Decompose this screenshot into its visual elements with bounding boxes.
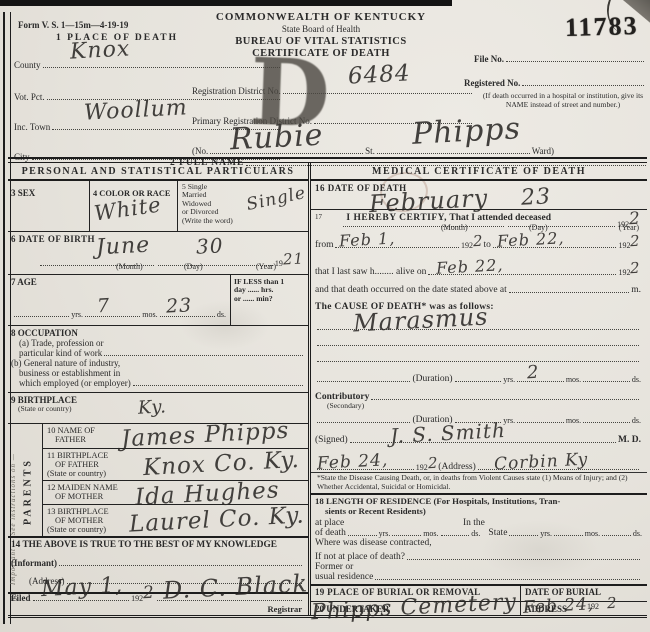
cause-line-2 bbox=[315, 344, 641, 348]
burial-place-cell: 19 PLACE OF BURIAL OR REMOVAL Phipps Cem… bbox=[311, 586, 521, 601]
registration-district-handwritten: 6484 bbox=[347, 60, 411, 89]
age-mos-label: mos. bbox=[142, 310, 157, 319]
usual-residence-row: usual residence bbox=[315, 572, 642, 582]
dob-month-caption: (Month) bbox=[116, 262, 143, 271]
age-cell: 7 AGE yrs. 7 mos. 23 ds. bbox=[8, 275, 231, 325]
last-saw-year-handwritten: 2 bbox=[630, 259, 641, 278]
father-bp-label-3: (State or country) bbox=[47, 469, 142, 478]
mother-bp-handwritten: Laurel Co. Ky. bbox=[128, 502, 305, 537]
signed-year-printed: 192 bbox=[416, 463, 428, 472]
death-occurred-label: and that death occurred on the date stat… bbox=[315, 285, 507, 295]
birthplace-handwritten: Ky. bbox=[137, 396, 167, 418]
signed-date-row: Feb 24, 192 2 (Address) Corbin Ky bbox=[315, 454, 641, 472]
rd2 bbox=[392, 534, 421, 536]
duration-mos-dots: 2 bbox=[517, 380, 564, 382]
rd-yrs-1: yrs. bbox=[379, 529, 391, 538]
form-header: Form V. S. 1—15m—4-19-19 1 PLACE OF DEAT… bbox=[12, 12, 646, 162]
dod-day-line bbox=[508, 225, 615, 227]
physician-signature-handwritten: J. S. Smith bbox=[389, 418, 506, 448]
cause-dots-2 bbox=[317, 344, 639, 346]
usual-residence-label: usual residence bbox=[315, 572, 373, 582]
death-certificate-scan: Important — See instructions on — Form V… bbox=[0, 0, 650, 632]
burial-date-cell: DATE OF BURIAL Feb 24, 192 2 bbox=[521, 586, 647, 601]
registrar-label: Registrar bbox=[268, 604, 302, 614]
age-yrs-label: yrs. bbox=[71, 310, 83, 319]
occupation-b-line bbox=[133, 384, 303, 386]
signed-line: J. S. Smith bbox=[350, 441, 616, 443]
father-name-row: 10 NAME OF FATHER James Phipps bbox=[43, 424, 308, 449]
parents-side-strip: PARENTS bbox=[8, 424, 43, 536]
age-ds-handwritten: 23 bbox=[165, 294, 192, 317]
commonwealth-title: COMMONWEALTH OF KENTUCKY bbox=[190, 12, 452, 23]
county-handwritten: Knox bbox=[69, 36, 130, 64]
last-saw-row: that I last saw h........ alive on Feb 2… bbox=[315, 259, 641, 277]
cd-ds-dots bbox=[583, 421, 630, 423]
occupation-a2-row: particular kind of work bbox=[11, 348, 305, 358]
death-occurred-row: and that death occurred on the date stat… bbox=[315, 285, 641, 295]
father-bp-label-2: OF FATHER bbox=[47, 460, 150, 469]
residence-header-2: sients or Recent Residents) bbox=[315, 506, 642, 516]
last-saw-handwritten: Feb 22, bbox=[436, 255, 504, 278]
rd-yrs-2: yrs. bbox=[540, 529, 552, 538]
to-label: to bbox=[484, 240, 491, 250]
parents-rows: 10 NAME OF FATHER James Phipps 11 BIRTHP… bbox=[43, 424, 308, 536]
duration-ds-dots bbox=[583, 380, 630, 382]
form-code: Form V. S. 1—15m—4-19-19 bbox=[18, 20, 128, 30]
dob-year-caption: (Year) bbox=[256, 262, 276, 271]
father-birthplace-row: 11 BIRTHPLACE OF FATHER (State or countr… bbox=[43, 449, 308, 481]
of-death-label: of death bbox=[315, 528, 346, 538]
registrar-signature-line: D. C. Black bbox=[157, 599, 302, 601]
registered-no-row: Registered No. bbox=[464, 78, 646, 88]
registration-district-row: Registration District No. bbox=[192, 86, 474, 96]
dob-day-caption: (Day) bbox=[184, 262, 203, 271]
dob-year-printed: 19 bbox=[275, 259, 283, 268]
mother-bp-label-3: (State or country) bbox=[47, 525, 142, 534]
if-less-cell: IF LESS than 1 day ...... hrs. or ......… bbox=[231, 275, 308, 325]
occupation-b3-row: which employed (or employer) bbox=[11, 378, 305, 388]
date-of-birth-row: 6 DATE OF BIRTH 19 21 June 30 (Month) (D… bbox=[8, 232, 308, 275]
residence-header-1: 18 LENGTH OF RESIDENCE (For Hospitals, I… bbox=[315, 496, 642, 506]
signed-address-line: Corbin Ky bbox=[478, 468, 639, 470]
hospital-note: (If death occurred in a hospital or inst… bbox=[474, 92, 650, 109]
signed-address-handwritten: Corbin Ky bbox=[493, 450, 588, 475]
county-label: County bbox=[14, 60, 41, 70]
age-label: 7 AGE bbox=[8, 275, 230, 287]
age-mos-line: 7 bbox=[85, 315, 140, 317]
signed-address-label: (Address) bbox=[438, 462, 475, 472]
rd-mos-2: mos. bbox=[585, 529, 600, 538]
county-row: County bbox=[14, 60, 282, 70]
mother-name-label-1: 12 MAIDEN NAME bbox=[47, 483, 142, 492]
registered-no-label: Registered No. bbox=[464, 78, 520, 88]
occupation-label: 8 OCCUPATION bbox=[11, 328, 305, 338]
duration-yrs-dots bbox=[455, 380, 502, 382]
medical-column: MEDICAL CERTIFICATE OF DEATH 16 DATE OF … bbox=[311, 163, 647, 615]
to-year-handwritten: 2 bbox=[630, 232, 641, 251]
dod-month-caption: (Month) bbox=[441, 223, 468, 232]
occupation-a1: (a) Trade, profession or bbox=[11, 338, 305, 348]
file-no-row: File No. bbox=[474, 54, 646, 64]
attended-from-row: from Feb 1, 192 2 to Feb 22, 192 2 bbox=[315, 232, 641, 250]
signed-date-line: Feb 24, bbox=[317, 468, 414, 470]
dob-year-handwritten: 21 bbox=[282, 249, 304, 268]
marital-cell: 5 Single Married Widowed or Divorced (Wr… bbox=[178, 181, 308, 231]
medical-section-header: MEDICAL CERTIFICATE OF DEATH bbox=[311, 163, 647, 181]
if-not-row: If not at place of death? bbox=[315, 552, 642, 562]
signed-date-handwritten: Feb 24, bbox=[317, 450, 389, 474]
duration-lead-dots bbox=[317, 380, 410, 382]
certificate-serial-number: 11783 bbox=[565, 11, 639, 43]
color-race-cell: 4 COLOR OR RACE White bbox=[90, 181, 178, 231]
full-name-last-handwritten: Phipps bbox=[411, 111, 522, 152]
cause-footnote: *State the Disease Causing Death, or, in… bbox=[311, 472, 647, 495]
duration-mos-handwritten: 2 bbox=[527, 362, 541, 384]
age-ds-line: 23 bbox=[160, 315, 215, 317]
cd-mos-dots bbox=[517, 421, 564, 423]
cause-dots-3 bbox=[317, 360, 639, 362]
from-line: Feb 1, bbox=[335, 246, 459, 248]
inc-town-label: Inc. Town bbox=[14, 122, 50, 132]
duration-row: (Duration) yrs. 2 mos. ds. bbox=[315, 374, 641, 384]
signed-year-handwritten: 2 bbox=[427, 454, 438, 473]
st-label: St. bbox=[365, 146, 375, 156]
mother-name-row: 12 MAIDEN NAME OF MOTHER Ida Hughes bbox=[43, 481, 308, 506]
filed-year-printed: 192 bbox=[131, 594, 143, 603]
dob-day-handwritten: 30 bbox=[195, 233, 224, 258]
dod-day-handwritten: 23 bbox=[520, 184, 551, 211]
contracted-label: Where was disease contracted, bbox=[315, 538, 642, 548]
registered-no-line bbox=[522, 84, 644, 86]
death-occurred-line bbox=[509, 291, 629, 293]
usual-residence-line bbox=[375, 578, 640, 580]
filed-date-handwritten: May 1, bbox=[40, 573, 123, 602]
if-less-line-3: or ...... min? bbox=[234, 295, 306, 303]
age-ds-label: ds. bbox=[217, 310, 226, 319]
rd4 bbox=[509, 534, 538, 536]
residence-values-row: of death yrs. mos. ds. State yrs. mos. d… bbox=[315, 528, 642, 538]
no-label: (No. bbox=[192, 146, 208, 156]
age-row: 7 AGE yrs. 7 mos. 23 ds. IF LESS than 1 … bbox=[8, 275, 308, 326]
marital-line-5: (Write the word) bbox=[182, 217, 308, 225]
from-year-printed: 192 bbox=[461, 241, 473, 250]
ward-label: Ward) bbox=[532, 146, 554, 156]
filed-row: 15 Filed May 1, 192 2 D. C. Black Regist… bbox=[8, 594, 308, 615]
state-label: State bbox=[480, 528, 507, 538]
rd5 bbox=[554, 534, 583, 536]
file-no-label: File No. bbox=[474, 54, 504, 64]
informant-label: (Informant) bbox=[11, 558, 57, 568]
death-occurred-m: m. bbox=[631, 285, 641, 295]
filed-date-line: May 1, bbox=[33, 599, 130, 601]
sex-label: 3 SEX bbox=[11, 188, 35, 198]
former-label: Former or bbox=[315, 562, 642, 572]
burial-row: 19 PLACE OF BURIAL OR REMOVAL Phipps Cem… bbox=[311, 586, 647, 602]
vot-pct-label: Vot. Pct. bbox=[14, 92, 45, 102]
to-line: Feb 22, bbox=[493, 246, 617, 248]
to-year-printed: 192 bbox=[618, 241, 630, 250]
duration-ds-label: ds. bbox=[632, 375, 641, 384]
form-body: PERSONAL AND STATISTICAL PARTICULARS 3 S… bbox=[8, 163, 647, 618]
cd-mos-label: mos. bbox=[566, 416, 581, 425]
file-no-line bbox=[506, 60, 644, 62]
scan-top-edge bbox=[0, 0, 452, 6]
informant-line bbox=[59, 564, 302, 566]
dod-month-line bbox=[343, 225, 504, 227]
cd-ds-label: ds. bbox=[632, 416, 641, 425]
dob-label: 6 DATE OF BIRTH bbox=[8, 232, 308, 244]
if-not-line bbox=[407, 558, 640, 560]
burial-year-handwritten: 2 bbox=[607, 594, 618, 613]
occupation-row: 8 OCCUPATION (a) Trade, profession or pa… bbox=[8, 326, 308, 393]
county-line bbox=[43, 66, 280, 68]
duration-yrs-label: yrs. bbox=[503, 375, 515, 384]
rd6 bbox=[602, 534, 631, 536]
secondary-label: (Secondary) bbox=[315, 402, 641, 410]
from-year-handwritten: 2 bbox=[473, 232, 484, 251]
dob-month-handwritten: June bbox=[95, 233, 150, 261]
last-saw-line: Feb 22, bbox=[428, 273, 616, 275]
burial-date-handwritten: Feb 24, bbox=[523, 594, 595, 618]
parents-side-label: PARENTS bbox=[23, 442, 34, 542]
attestation-statement: 14 THE ABOVE IS TRUE TO THE BEST OF MY K… bbox=[11, 540, 304, 550]
st-line bbox=[377, 152, 530, 154]
personal-column: PERSONAL AND STATISTICAL PARTICULARS 3 S… bbox=[8, 163, 311, 615]
duration-label: (Duration) bbox=[412, 374, 452, 384]
signed-row: (Signed) J. S. Smith M. D. bbox=[315, 435, 641, 445]
cause-handwritten: Marasmus bbox=[352, 302, 489, 337]
rd-mos-1: mos. bbox=[423, 529, 438, 538]
parents-block: PARENTS 10 NAME OF FATHER James Phipps 1… bbox=[8, 424, 308, 538]
filed-year-handwritten: 2 bbox=[143, 583, 156, 604]
board-of-health-title: State Board of Health bbox=[190, 24, 452, 35]
from-handwritten: Feb 1, bbox=[339, 228, 396, 250]
age-yrs-line bbox=[14, 315, 69, 317]
rd1 bbox=[348, 534, 377, 536]
dod-year-caption: (Year) bbox=[619, 223, 639, 232]
residence-captions-row: at place In the bbox=[315, 518, 642, 528]
occupation-a2: particular kind of work bbox=[19, 348, 102, 358]
cause-line-3 bbox=[315, 360, 641, 364]
last-saw-label: that I last saw h........ alive on bbox=[315, 267, 426, 277]
contributory-dots bbox=[371, 398, 639, 400]
if-not-label: If not at place of death? bbox=[315, 552, 405, 562]
duration-mos-label: mos. bbox=[566, 375, 581, 384]
occupation-b3: which employed (or employer) bbox=[19, 378, 131, 388]
signed-label: (Signed) bbox=[315, 435, 348, 445]
rd-ds-1: ds. bbox=[471, 529, 480, 538]
informant-row: (Informant) bbox=[11, 558, 304, 568]
filed-label: Filed bbox=[11, 593, 31, 603]
certify-number: 17 bbox=[315, 213, 322, 221]
certify-block: 17 I HEREBY CERTIFY, That I attended dec… bbox=[311, 210, 647, 472]
rd3 bbox=[441, 534, 470, 536]
filed-line: Filed May 1, 192 2 D. C. Black bbox=[11, 583, 304, 603]
age-mos-handwritten: 7 bbox=[96, 295, 110, 318]
cause-line-1: Marasmus bbox=[315, 328, 641, 332]
occupation-a-line bbox=[104, 354, 303, 356]
to-handwritten: Feb 22, bbox=[496, 228, 564, 251]
father-bp-label-1: 11 BIRTHPLACE bbox=[47, 451, 142, 460]
date-of-death-row: 16 DATE OF DEATH 192 2 February 23 (Mont… bbox=[311, 181, 647, 210]
in-the-label: In the bbox=[463, 518, 485, 528]
full-name-first-handwritten: Rubie bbox=[229, 118, 324, 158]
md-label: M. D. bbox=[618, 435, 641, 445]
last-saw-year-printed: 192 bbox=[618, 268, 630, 277]
occupation-b1: (b) General nature of industry, bbox=[11, 358, 305, 368]
father-bp-handwritten: Knox Co. Ky. bbox=[142, 446, 300, 480]
mother-birthplace-row: 13 BIRTHPLACE OF MOTHER (State or countr… bbox=[43, 505, 308, 536]
from-label: from bbox=[315, 240, 333, 250]
occupation-b2: business or establishment in bbox=[11, 368, 305, 378]
at-place-label: at place bbox=[315, 518, 463, 528]
burial-year-printed: 192 bbox=[587, 602, 599, 611]
sex-race-marital-row: 3 SEX 4 COLOR OR RACE White 5 Single Mar… bbox=[8, 181, 308, 232]
personal-section-header: PERSONAL AND STATISTICAL PARTICULARS bbox=[8, 163, 308, 181]
age-line: yrs. 7 mos. 23 ds. bbox=[12, 310, 226, 319]
rd-ds-2: ds. bbox=[633, 529, 642, 538]
sex-cell: 3 SEX bbox=[8, 181, 90, 231]
residence-block: 18 LENGTH OF RESIDENCE (For Hospitals, I… bbox=[311, 495, 647, 586]
